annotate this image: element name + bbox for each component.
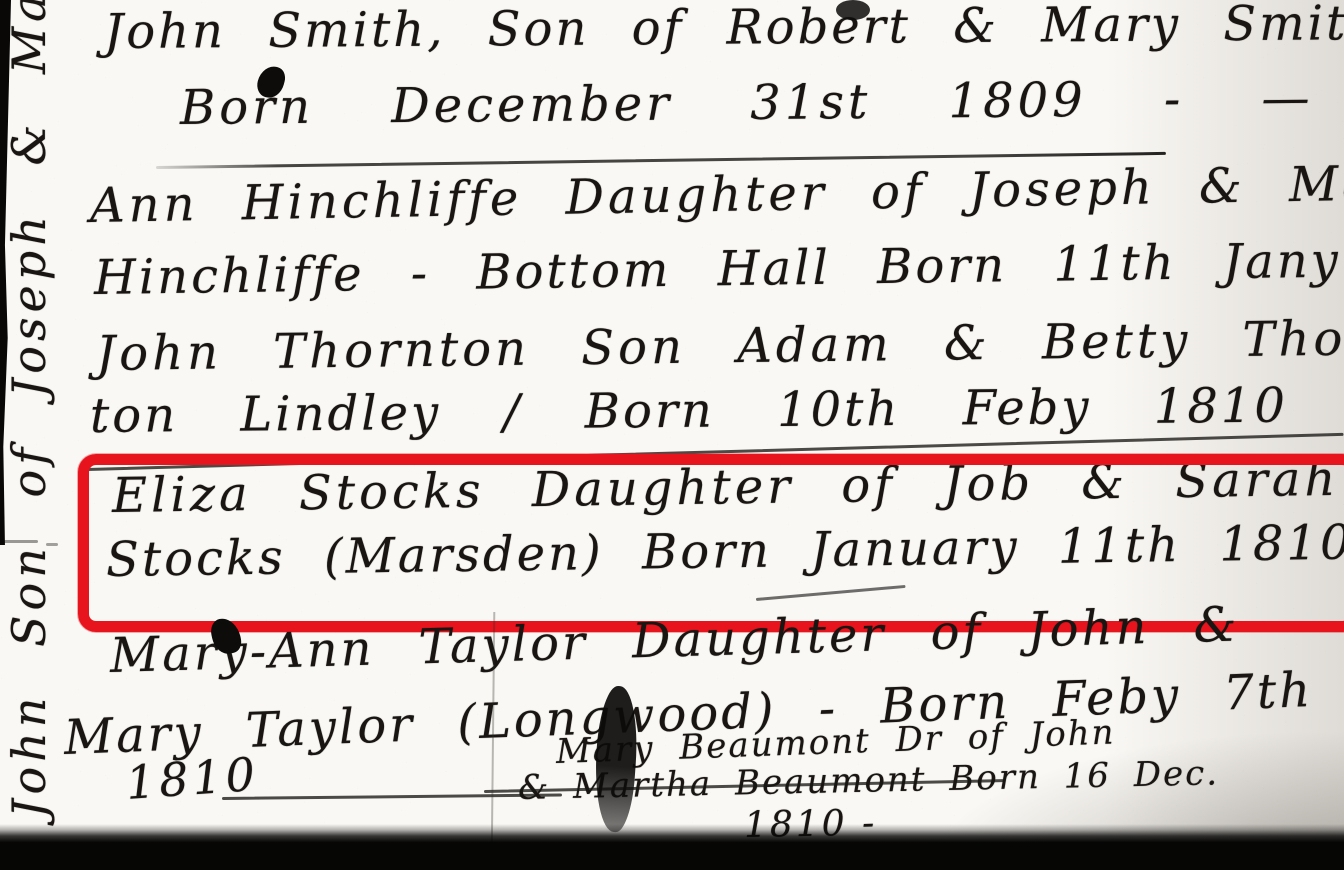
scan-edge-bottom xyxy=(0,824,1344,870)
ink-blot xyxy=(836,0,870,20)
entry-smith-line-2: Born December 31st 1809 - — — — xyxy=(180,70,1344,135)
margin-note: John Son of Joseph & Mary xyxy=(4,8,55,818)
entry-smith-line-1: John Smith, Son of Robert & Mary Smith /… xyxy=(104,0,1344,59)
margin-dash xyxy=(46,543,58,546)
register-scan: John Son of Joseph & Mary John Smith, So… xyxy=(0,0,1344,870)
pen-dash-after-1810 xyxy=(222,793,562,800)
entry-thornton-line-2: ton Lindley / Born 10th Feby 1810 xyxy=(90,380,1288,443)
margin-dash xyxy=(2,540,38,543)
